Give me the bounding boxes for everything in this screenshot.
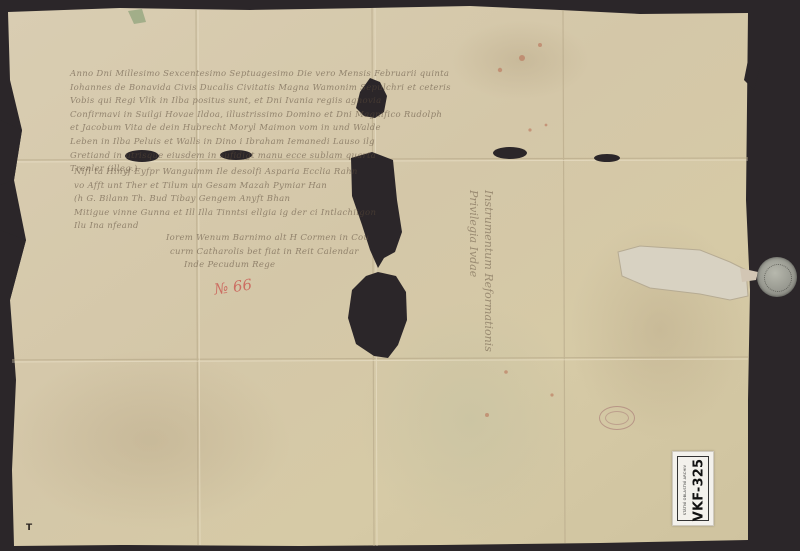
text-line: Confirmavi in Suilgi Hovae Ildoa, illust…: [70, 109, 451, 123]
signature-line: Inde Pecudum Rege: [166, 259, 369, 273]
wax-seal-icon: [757, 257, 797, 297]
text-line: Anno Dni Millesimo Sexcentesimo Septuage…: [70, 68, 451, 82]
lower-text-block: Nifl ta Hinyf Eyfpr Wanguimm Ile desolfi…: [74, 166, 376, 234]
shelf-label-code: VKF-325: [692, 459, 707, 522]
signature-line: curm Catharolis bet fiat in Reit Calenda…: [166, 246, 369, 260]
dorsal-note: Instrumentum Reformationis Privilegia Iv…: [466, 190, 496, 352]
dorsal-note-line: Instrumentum Reformationis: [481, 190, 496, 352]
text-line: Iohannes de Bonavida Civis Ducalis Civit…: [70, 82, 451, 96]
archive-stamp: [599, 406, 635, 430]
dorsal-note-line: Privilegia Ivdae: [466, 190, 481, 352]
main-text-block: Anno Dni Millesimo Sexcentesimo Septuage…: [70, 68, 451, 177]
margin-mark: T: [26, 523, 32, 533]
text-line: Nifl ta Hinyf Eyfpr Wanguimm Ile desolfi…: [74, 166, 376, 180]
text-line: Leben in Ilba Peluis et Walls in Dino i …: [70, 136, 451, 150]
text-line: Mitigue vinne Gunna et Ill Illa Tinntsi …: [74, 207, 376, 221]
signature-block: Iorem Wenum Barnimo alt H Cormen in Cou …: [166, 232, 369, 273]
shelf-label-archive-name: STÁTNÍ OBLASTNÍ ARCHIV: [683, 465, 687, 516]
text-line: vo Afft unt Ther et Tilum un Gesam Mazah…: [74, 180, 376, 194]
shelf-label: STÁTNÍ OBLASTNÍ ARCHIV VKF-325: [672, 451, 714, 526]
text-line: (h G. Bilann Th. Bud Tibay Gengem Anyft …: [74, 193, 376, 207]
text-line: Vobis qui Regi Vlik in Ilba positus sunt…: [70, 95, 451, 109]
signature-line: Iorem Wenum Barnimo alt H Cormen in Cou: [166, 232, 369, 246]
text-line: et Jacobum Vita de dein Hubrecht Moryl M…: [70, 122, 451, 136]
document-photo: Anno Dni Millesimo Sexcentesimo Septuage…: [0, 0, 800, 551]
text-line: Gretiand in utrisque eiusdem in sufidigt…: [70, 150, 451, 164]
shelf-label-border: STÁTNÍ OBLASTNÍ ARCHIV VKF-325: [677, 456, 709, 521]
